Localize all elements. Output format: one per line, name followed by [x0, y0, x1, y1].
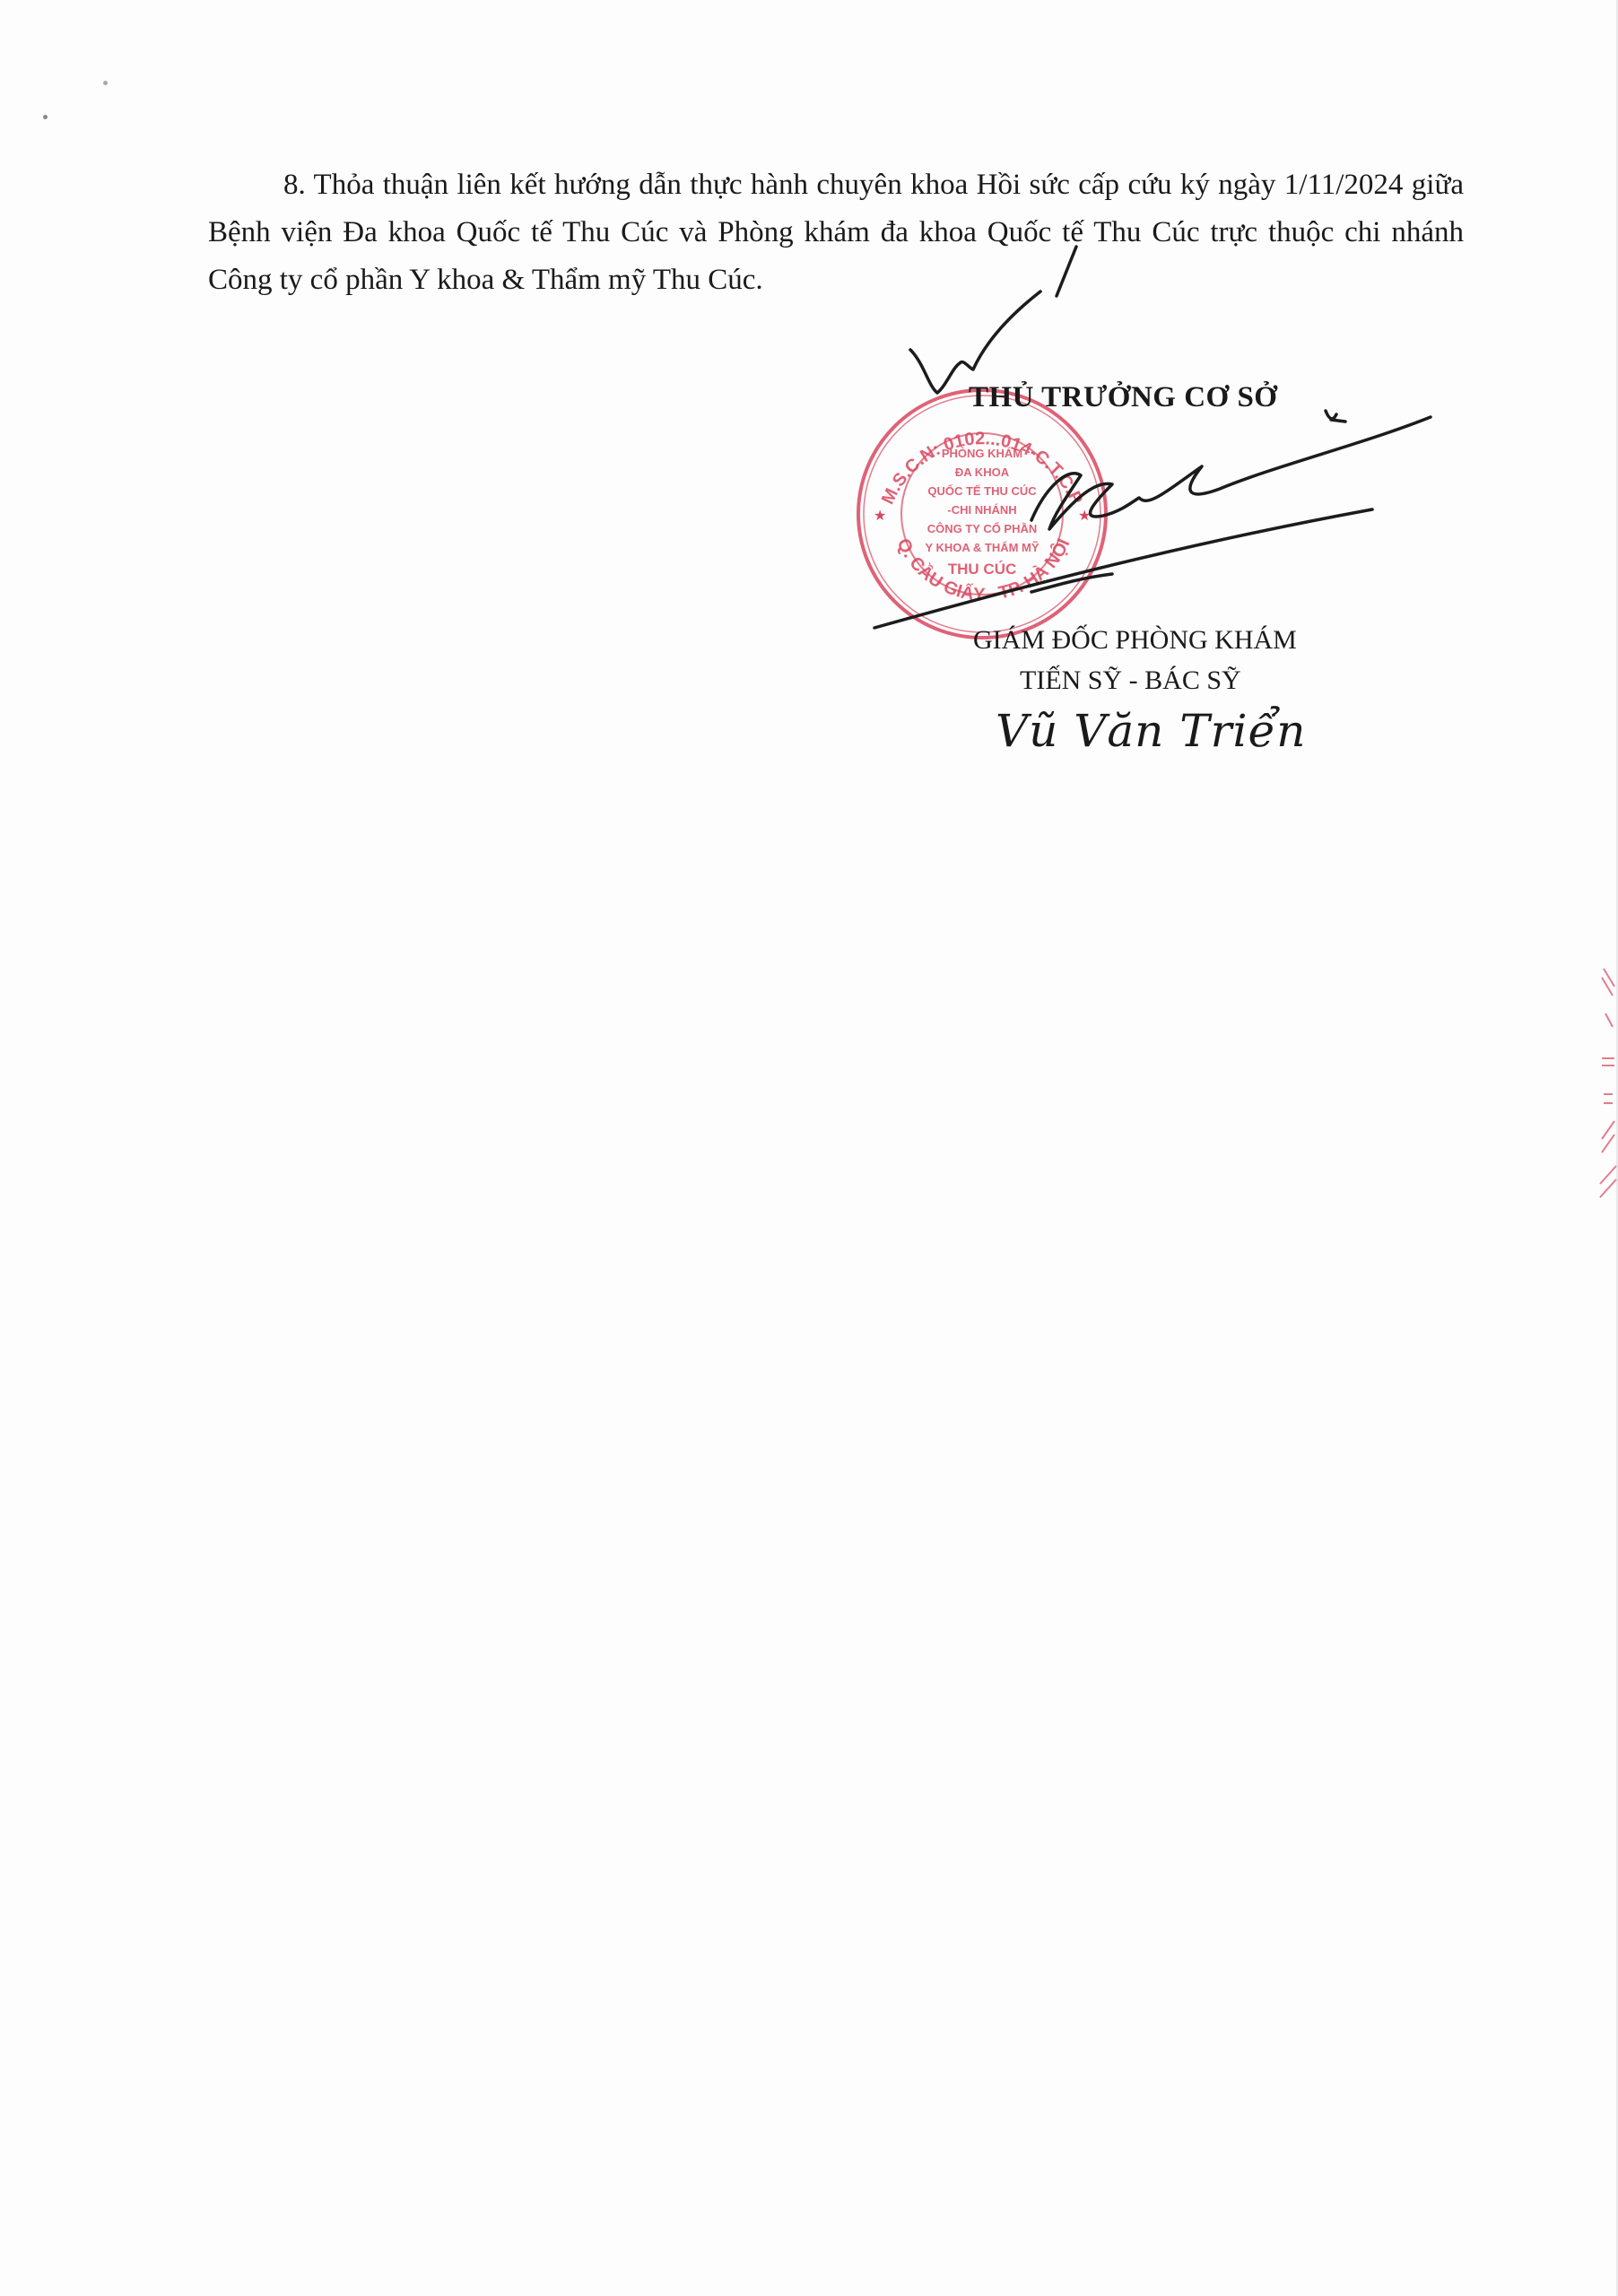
stamp-line: Y KHOA & THẨM MỸ [925, 541, 1039, 554]
handwritten-signature [0, 0, 1618, 2296]
stamp-line: THU CÚC [948, 561, 1017, 578]
signer-degree: TIẾN SỸ - BÁC SỸ [1020, 665, 1241, 696]
signature-title: THỦ TRƯỞNG CƠ SỞ [969, 381, 1277, 414]
scan-speck [43, 115, 48, 119]
svg-text:★: ★ [874, 509, 886, 524]
scan-speck [103, 81, 108, 85]
official-seal-stamp: M.S.C.N: 0102...014-C.T.C.P Q. CẦU GIẤY … [852, 384, 1112, 644]
stamp-line: ĐA KHOA [955, 465, 1010, 479]
signer-role: GIÁM ĐỐC PHÒNG KHÁM [973, 625, 1297, 656]
signer-name: Vũ Văn Triển [996, 705, 1306, 757]
paragraph-item-8: 8. Thỏa thuận liên kết hướng dẫn thực hà… [208, 161, 1464, 304]
partial-overlap-seal [1595, 960, 1618, 1211]
stamp-line: -CHI NHÁNH [947, 503, 1016, 517]
stamp-line: PHÒNG KHÁM [942, 447, 1022, 460]
stamp-line: QUỐC TẾ THU CÚC [927, 484, 1037, 498]
stamp-line: CÔNG TY CỔ PHẦN [927, 522, 1038, 535]
svg-text:★: ★ [1078, 509, 1091, 524]
